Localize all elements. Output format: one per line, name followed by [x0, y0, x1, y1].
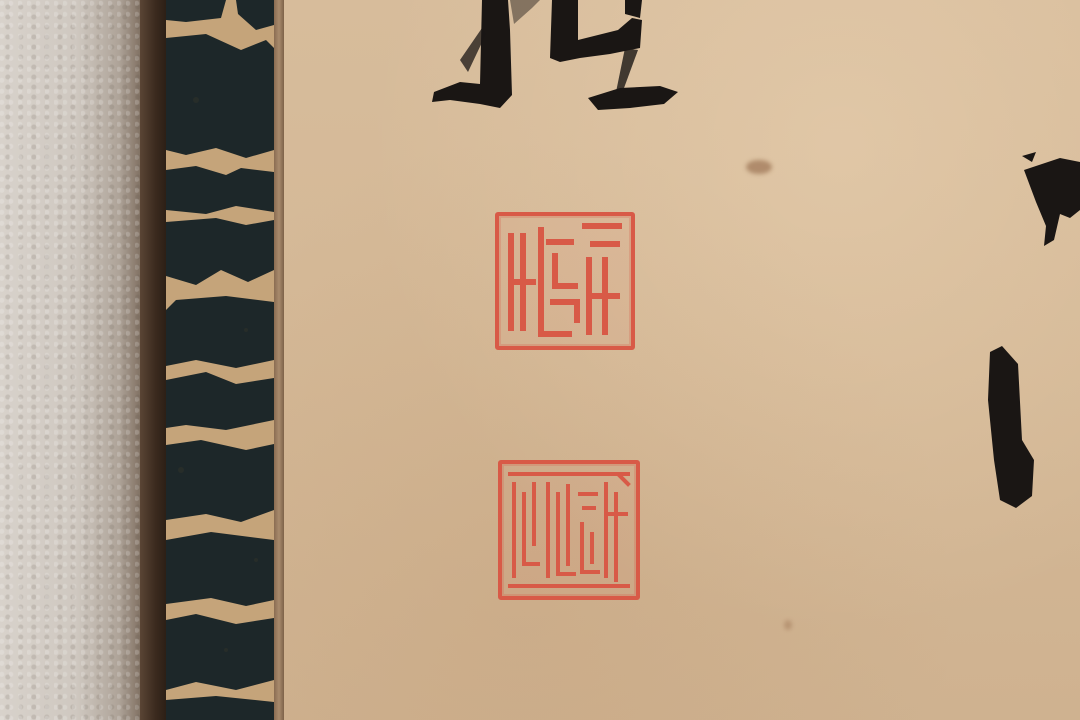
marble-pattern-icon	[166, 0, 274, 720]
scroll-photo	[0, 0, 1080, 720]
mounting-border	[166, 0, 274, 720]
seal-upper	[495, 212, 635, 350]
calligraphy-right-icon	[960, 140, 1080, 520]
calligraphy-top-icon	[420, 0, 700, 120]
paper-stain	[784, 620, 792, 630]
paper-stain	[746, 160, 772, 174]
seal-upper-glyph-icon	[499, 216, 631, 346]
seal-lower	[498, 460, 640, 600]
seal-lower-glyph-icon	[502, 464, 636, 596]
scroll-rod-shadow	[140, 0, 166, 720]
mounting-edge-strip	[274, 0, 284, 720]
